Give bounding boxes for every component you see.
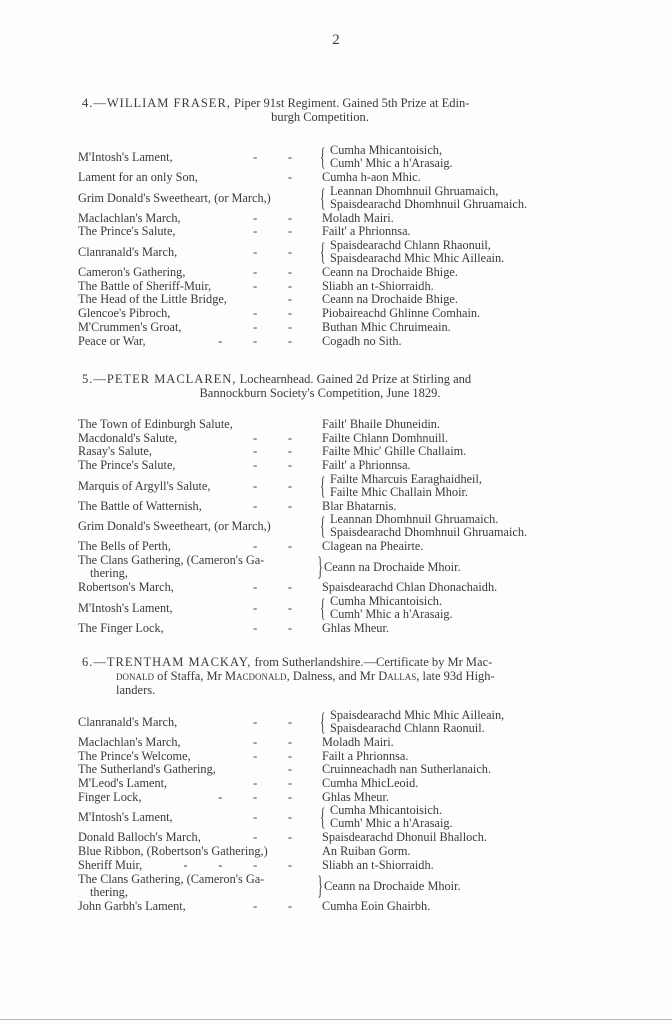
tune-english-name: M'Intosh's Lament,- - — [78, 595, 322, 622]
english-title: The Town of Edinburgh Salute, — [78, 417, 233, 431]
gaelic-title: Ceann na Drochaide Mhoir. — [324, 554, 578, 581]
leader-dashes: - - — [253, 144, 292, 171]
tune-gaelic-name: Failt' a Phrionnsa. — [322, 459, 578, 473]
gaelic-title: Spaisdearachd Chlan Dhonachaidh. — [322, 581, 578, 595]
tune-gaelic-name: Failte Mhic' Ghille Challaim. — [322, 445, 578, 459]
leader-dashes: - - — [253, 239, 292, 266]
left-brace-icon: { — [320, 805, 325, 830]
english-title: M'Intosh's Lament, — [78, 150, 173, 164]
tune-english-name: Maclachlan's March,- - — [78, 736, 322, 750]
gaelic-title: Clagean na Pheairte. — [322, 540, 578, 554]
tune-list-5: The Town of Edinburgh Salute,Failt' Bhai… — [78, 418, 578, 636]
tune-row: The Prince's Salute,- -Failt' a Phrionns… — [78, 225, 578, 239]
text-fragment: of Staffa, Mr — [154, 669, 225, 683]
english-title: Robertson's March, — [78, 580, 174, 594]
leader-dashes: - - — [253, 459, 292, 473]
english-title-cont: thering, — [78, 567, 322, 580]
competitor-details-cont: burgh Competition. — [82, 110, 558, 124]
leader-dashes: - - - — [218, 335, 292, 349]
tune-gaelic-name: Cumha h-aon Mhic. — [322, 171, 578, 185]
tune-row: John Garbh's Lament,- -Cumha Eoin Ghairb… — [78, 900, 578, 914]
english-title: The Battle of Sheriff-Muir, — [78, 279, 211, 293]
leader-dashes: - - — [253, 225, 292, 239]
leader-dashes: - - — [253, 432, 292, 446]
leader-dashes: - — [288, 293, 292, 307]
tune-english-name: Sheriff Muir,- - - - — [78, 859, 322, 873]
english-title: Glencoe's Pibroch, — [78, 306, 170, 320]
tune-row: Sheriff Muir,- - - -Sliabh an t-Shiorrai… — [78, 859, 578, 873]
competitor-details: from Sutherlandshire.—Certificate by Mr … — [251, 655, 492, 669]
tune-gaelic-name: Moladh Mairi. — [322, 212, 578, 226]
english-title: Rasay's Salute, — [78, 444, 152, 458]
english-title: Cameron's Gathering, — [78, 265, 185, 279]
tune-english-name: Grim Donald's Sweetheart, (or March,) — [78, 513, 322, 540]
tune-row: Peace or War,- - -Cogadh no Sith. — [78, 335, 578, 349]
english-title: Peace or War, — [78, 334, 146, 348]
tune-list-4: M'Intosh's Lament,- -{Cumha Mhicantoisic… — [78, 144, 578, 348]
competitor-details: Piper 91st Regiment. Gained 5th Prize at… — [231, 96, 470, 110]
english-title: Grim Donald's Sweetheart, (or March,) — [78, 191, 271, 205]
english-title: Finger Lock, — [78, 790, 142, 804]
english-title: The Bells of Perth, — [78, 539, 171, 553]
text-fragment: , late 93d High- — [416, 669, 494, 683]
gaelic-title: Cumh' Mhic a h'Arasaig. — [330, 157, 578, 170]
gaelic-title: Buthan Mhic Chruimeain. — [322, 321, 578, 335]
tune-row: The Head of the Little Bridge,-Ceann na … — [78, 293, 578, 307]
left-brace-icon: { — [320, 186, 325, 211]
leader-dashes: - - — [253, 445, 292, 459]
gaelic-title: Cumh' Mhic a h'Arasaig. — [330, 817, 578, 830]
tune-english-name: The Clans Gathering, (Cameron's Ga-theri… — [78, 554, 322, 581]
english-title: The Battle of Watternish, — [78, 499, 202, 513]
gaelic-title: Spaisdearachd Dhomhnuil Ghruamaich. — [330, 526, 578, 539]
english-title: Blue Ribbon, (Robertson's Gathering,) — [78, 844, 268, 858]
gaelic-title: Failt a Phrionnsa. — [322, 750, 578, 764]
tune-english-name: M'Leod's Lament,- - — [78, 777, 322, 791]
tune-gaelic-name: {Spaisdearachd Chlann Rhaonuil,Spaisdear… — [322, 239, 578, 266]
gaelic-title: Cumha Eoin Ghairbh. — [322, 900, 578, 914]
tune-english-name: Maclachlan's March,- - — [78, 212, 322, 226]
tune-english-name: Robertson's March,- - — [78, 581, 322, 595]
leader-dashes: - — [288, 171, 292, 185]
right-brace-icon: } — [317, 554, 323, 580]
gaelic-title: Sliabh an t-Shiorraidh. — [322, 280, 578, 294]
tune-gaelic-name: Failt' Bhaile Dhuneidin. — [322, 418, 578, 432]
gaelic-title: Failte Mharcuis Earaghaidheil, — [330, 473, 578, 486]
tune-english-name: The Prince's Salute,- - — [78, 459, 322, 473]
page-number: 2 — [0, 32, 672, 49]
leader-dashes: - - - — [218, 791, 292, 805]
gaelic-title: Piobaireachd Ghlinne Comhain. — [322, 307, 578, 321]
tune-gaelic-name: {Spaisdearachd Mhic Mhic Ailleain,Spaisd… — [322, 709, 578, 736]
tune-english-name: Lament for an only Son,- — [78, 171, 322, 185]
text-fragment: , Dalness, and Mr — [287, 669, 379, 683]
tune-row: Grim Donald's Sweetheart, (or March,){Le… — [78, 513, 578, 540]
english-title: The Clans Gathering, (Cameron's Ga- — [78, 872, 264, 886]
tune-list-6: Clanranald's March,- -{Spaisdearachd Mhi… — [78, 709, 578, 913]
tune-english-name: Grim Donald's Sweetheart, (or March,) — [78, 185, 322, 212]
left-brace-icon: { — [320, 145, 325, 170]
tune-row: Maclachlan's March,- -Moladh Mairi. — [78, 212, 578, 226]
leader-dashes: - - — [253, 595, 292, 622]
gaelic-title: Failt' a Phrionnsa. — [322, 459, 578, 473]
tune-row: The Battle of Sheriff-Muir,- -Sliabh an … — [78, 280, 578, 294]
english-title: Clanranald's March, — [78, 245, 177, 259]
leader-dashes: - — [288, 763, 292, 777]
tune-gaelic-name: Ghlas Mheur. — [322, 622, 578, 636]
tune-gaelic-name: Failt' a Phrionnsa. — [322, 225, 578, 239]
gaelic-title: Cumh' Mhic a h'Arasaig. — [330, 608, 578, 621]
text-fragment: Macdonald — [225, 669, 287, 683]
leader-dashes: - - — [253, 900, 292, 914]
tune-gaelic-name: {Cumha Mhicantoisich,Cumh' Mhic a h'Aras… — [322, 144, 578, 171]
english-title: The Prince's Salute, — [78, 458, 176, 472]
english-title: The Prince's Welcome, — [78, 749, 191, 763]
english-title: The Sutherland's Gathering, — [78, 762, 216, 776]
leader-dashes: - - — [253, 736, 292, 750]
tune-english-name: The Finger Lock,- - — [78, 622, 322, 636]
gaelic-title: Spaisdearachd Dhomhnuil Ghruamaich. — [330, 198, 578, 211]
tune-gaelic-name: {Leannan Dhomhnuil Ghruamaich,Spaisdeara… — [322, 185, 578, 212]
gaelic-title: Sliabh an t-Shiorraidh. — [322, 859, 578, 873]
gaelic-title: Cumha MhicLeoid. — [322, 777, 578, 791]
gaelic-title: Cogadh no Sith. — [322, 335, 578, 349]
entry-heading-4: 4.—WILLIAM FRASER, Piper 91st Regiment. … — [82, 96, 558, 124]
left-brace-icon: { — [320, 240, 325, 265]
tune-gaelic-name: Sliabh an t-Shiorraidh. — [322, 280, 578, 294]
english-title: Macdonald's Salute, — [78, 431, 177, 445]
english-title: Lament for an only Son, — [78, 170, 198, 184]
tune-row: The Battle of Watternish,- -Blar Bhatarn… — [78, 500, 578, 514]
leader-dashes: - - — [253, 540, 292, 554]
tune-gaelic-name: Moladh Mairi. — [322, 736, 578, 750]
english-title: Marquis of Argyll's Salute, — [78, 479, 210, 493]
leader-dashes: - - - - — [183, 859, 292, 873]
tune-row: Grim Donald's Sweetheart, (or March,){Le… — [78, 185, 578, 212]
tune-row: The Finger Lock,- -Ghlas Mheur. — [78, 622, 578, 636]
gaelic-title: Spaisdearachd Mhic Mhic Ailleain. — [330, 252, 578, 265]
tune-row: M'Crummen's Groat,- -Buthan Mhic Chruime… — [78, 321, 578, 335]
english-title: M'Leod's Lament, — [78, 776, 167, 790]
tune-english-name: John Garbh's Lament,- - — [78, 900, 322, 914]
competitor-details-cont: Bannockburn Society's Competition, June … — [82, 386, 558, 400]
right-brace-icon: } — [317, 873, 323, 899]
leader-dashes: - - — [253, 212, 292, 226]
entry-heading-5: 5.—PETER MACLAREN, Lochearnhead. Gained … — [82, 372, 558, 400]
leader-dashes: - - — [253, 709, 292, 736]
tune-row: Finger Lock,- - -Ghlas Mheur. — [78, 791, 578, 805]
left-brace-icon: { — [320, 474, 325, 499]
tune-row: The Clans Gathering, (Cameron's Ga-theri… — [78, 873, 578, 900]
tune-english-name: The Bells of Perth,- - — [78, 540, 322, 554]
tune-english-name: M'Intosh's Lament,- - — [78, 144, 322, 171]
gaelic-title: Moladh Mairi. — [322, 736, 578, 750]
tune-english-name: Cameron's Gathering,- - — [78, 266, 322, 280]
competitor-name: 5.—PETER MACLAREN, — [82, 372, 236, 386]
tune-gaelic-name: Blar Bhatarnis. — [322, 500, 578, 514]
tune-gaelic-name: Piobaireachd Ghlinne Comhain. — [322, 307, 578, 321]
english-title: Donald Balloch's March, — [78, 830, 201, 844]
gaelic-title: An Ruiban Gorm. — [322, 845, 578, 859]
english-title: Maclachlan's March, — [78, 735, 181, 749]
tune-english-name: Clanranald's March,- - — [78, 239, 322, 266]
gaelic-title: Ceann na Drochaide Mhoir. — [324, 873, 578, 900]
gaelic-title: Failt' Bhaile Dhuneidin. — [322, 418, 578, 432]
tune-english-name: The Clans Gathering, (Cameron's Ga-theri… — [78, 873, 322, 900]
competitor-details-cont2: landers. — [82, 683, 558, 697]
gaelic-title: Moladh Mairi. — [322, 212, 578, 226]
tune-english-name: The Prince's Salute,- - — [78, 225, 322, 239]
english-title: The Clans Gathering, (Cameron's Ga- — [78, 553, 264, 567]
gaelic-title: Ceann na Drochaide Bhige. — [322, 266, 578, 280]
tune-english-name: Peace or War,- - - — [78, 335, 322, 349]
english-title: John Garbh's Lament, — [78, 899, 186, 913]
tune-english-name: Glencoe's Pibroch,- - — [78, 307, 322, 321]
tune-gaelic-name: Ceann na Drochaide Mhoir. — [322, 873, 578, 900]
tune-english-name: The Head of the Little Bridge,- — [78, 293, 322, 307]
tune-row: Maclachlan's March,- -Moladh Mairi. — [78, 736, 578, 750]
leader-dashes: - - — [253, 750, 292, 764]
tune-english-name: Marquis of Argyll's Salute,- - — [78, 473, 322, 500]
tune-gaelic-name: {Cumha Mhicantoisich.Cumh' Mhic a h'Aras… — [322, 595, 578, 622]
leader-dashes: - - — [253, 321, 292, 335]
page-edge-rule — [0, 1019, 672, 1020]
english-title: Clanranald's March, — [78, 715, 177, 729]
gaelic-title: Leannan Dhomhnuil Ghruamaich, — [330, 185, 578, 198]
tune-gaelic-name: Ghlas Mheur. — [322, 791, 578, 805]
tune-english-name: Donald Balloch's March,- - — [78, 831, 322, 845]
gaelic-title: Cruinneachadh nan Sutherlanaich. — [322, 763, 578, 777]
tune-row: The Prince's Salute,- -Failt' a Phrionns… — [78, 459, 578, 473]
leader-dashes: - - — [253, 831, 292, 845]
left-brace-icon: { — [320, 596, 325, 621]
tune-gaelic-name: {Failte Mharcuis Earaghaidheil,Failte Mh… — [322, 473, 578, 500]
tune-row: Robertson's March,- -Spaisdearachd Chlan… — [78, 581, 578, 595]
leader-dashes: - - — [253, 473, 292, 500]
tune-row: M'Intosh's Lament,- -{Cumha Mhicantoisic… — [78, 595, 578, 622]
gaelic-title: Blar Bhatarnis. — [322, 500, 578, 514]
tune-row: The Bells of Perth,- -Clagean na Pheairt… — [78, 540, 578, 554]
competitor-name: 6.—TRENTHAM MACKAY, — [82, 655, 251, 669]
leader-dashes: - - — [253, 307, 292, 321]
tune-gaelic-name: Cogadh no Sith. — [322, 335, 578, 349]
tune-gaelic-name: An Ruiban Gorm. — [322, 845, 578, 859]
tune-english-name: The Battle of Watternish,- - — [78, 500, 322, 514]
competitor-details-cont: donald of Staffa, Mr Macdonald, Dalness,… — [82, 669, 558, 683]
tune-row: Clanranald's March,- -{Spaisdearachd Chl… — [78, 239, 578, 266]
tune-english-name: Blue Ribbon, (Robertson's Gathering,) — [78, 845, 322, 859]
tune-gaelic-name: Clagean na Pheairte. — [322, 540, 578, 554]
english-title: Maclachlan's March, — [78, 211, 181, 225]
tune-gaelic-name: Cumha Eoin Ghairbh. — [322, 900, 578, 914]
entry-heading-6: 6.—TRENTHAM MACKAY, from Sutherlandshire… — [82, 655, 558, 697]
english-title: The Prince's Salute, — [78, 224, 176, 238]
leader-dashes: - - — [253, 581, 292, 595]
left-brace-icon: { — [320, 710, 325, 735]
tune-gaelic-name: Ceann na Drochaide Bhige. — [322, 266, 578, 280]
tune-english-name: The Sutherland's Gathering,- — [78, 763, 322, 777]
gaelic-title: Cumha h-aon Mhic. — [322, 171, 578, 185]
tune-english-name: Finger Lock,- - - — [78, 791, 322, 805]
tune-gaelic-name: Cumha MhicLeoid. — [322, 777, 578, 791]
tune-gaelic-name: Spaisdearachd Chlan Dhonachaidh. — [322, 581, 578, 595]
english-title: The Head of the Little Bridge, — [78, 292, 227, 306]
tune-row: Donald Balloch's March,- -Spaisdearachd … — [78, 831, 578, 845]
leader-dashes: - - — [253, 280, 292, 294]
tune-gaelic-name: Ceann na Drochaide Bhige. — [322, 293, 578, 307]
text-fragment: donald — [116, 669, 154, 683]
english-title: Grim Donald's Sweetheart, (or March,) — [78, 519, 271, 533]
english-title: M'Crummen's Groat, — [78, 320, 181, 334]
leader-dashes: - - — [253, 266, 292, 280]
tune-row: Macdonald's Salute,- -Failte Chlann Domh… — [78, 432, 578, 446]
left-brace-icon: { — [320, 514, 325, 539]
tune-row: M'Leod's Lament,- -Cumha MhicLeoid. — [78, 777, 578, 791]
tune-gaelic-name: Ceann na Drochaide Mhoir. — [322, 554, 578, 581]
tune-gaelic-name: Spaisdearachd Dhonuil Bhalloch. — [322, 831, 578, 845]
tune-english-name: The Battle of Sheriff-Muir,- - — [78, 280, 322, 294]
gaelic-title: Failte Mhic Challain Mhoir. — [330, 486, 578, 499]
tune-gaelic-name: Sliabh an t-Shiorraidh. — [322, 859, 578, 873]
tune-english-name: Clanranald's March,- - — [78, 709, 322, 736]
gaelic-title: Ghlas Mheur. — [322, 622, 578, 636]
gaelic-title: Failte Mhic' Ghille Challaim. — [322, 445, 578, 459]
tune-row: Marquis of Argyll's Salute,- -{Failte Mh… — [78, 473, 578, 500]
tune-english-name: M'Intosh's Lament,- - — [78, 804, 322, 831]
leader-dashes: - - — [253, 804, 292, 831]
tune-english-name: The Prince's Welcome,- - — [78, 750, 322, 764]
english-title: The Finger Lock, — [78, 621, 164, 635]
gaelic-title: Failt' a Phrionnsa. — [322, 225, 578, 239]
gaelic-title: Ceann na Drochaide Bhige. — [322, 293, 578, 307]
tune-gaelic-name: Buthan Mhic Chruimeain. — [322, 321, 578, 335]
tune-gaelic-name: Cruinneachadh nan Sutherlanaich. — [322, 763, 578, 777]
competitor-details: Lochearnhead. Gained 2d Prize at Stirlin… — [236, 372, 471, 386]
tune-english-name: M'Crummen's Groat,- - — [78, 321, 322, 335]
tune-row: Blue Ribbon, (Robertson's Gathering,)An … — [78, 845, 578, 859]
tune-row: The Town of Edinburgh Salute,Failt' Bhai… — [78, 418, 578, 432]
tune-row: M'Intosh's Lament,- -{Cumha Mhicantoisic… — [78, 144, 578, 171]
competitor-name: 4.—WILLIAM FRASER, — [82, 96, 231, 110]
tune-english-name: Macdonald's Salute,- - — [78, 432, 322, 446]
tune-row: Rasay's Salute,- -Failte Mhic' Ghille Ch… — [78, 445, 578, 459]
tune-gaelic-name: {Cumha Mhicantoisich.Cumh' Mhic a h'Aras… — [322, 804, 578, 831]
english-title-cont: thering, — [78, 886, 322, 899]
leader-dashes: - - — [253, 777, 292, 791]
tune-english-name: The Town of Edinburgh Salute, — [78, 418, 322, 432]
gaelic-title: Spaisdearachd Chlann Raonuil. — [330, 722, 578, 735]
tune-row: The Clans Gathering, (Cameron's Ga-theri… — [78, 554, 578, 581]
tune-row: Lament for an only Son,-Cumha h-aon Mhic… — [78, 171, 578, 185]
english-title: Sheriff Muir, — [78, 858, 142, 872]
gaelic-title: Spaisdearachd Dhonuil Bhalloch. — [322, 831, 578, 845]
gaelic-title: Ghlas Mheur. — [322, 791, 578, 805]
text-fragment: Dallas — [378, 669, 416, 683]
leader-dashes: - - — [253, 500, 292, 514]
tune-row: The Sutherland's Gathering,-Cruinneachad… — [78, 763, 578, 777]
leader-dashes: - - — [253, 622, 292, 636]
tune-row: Cameron's Gathering,- -Ceann na Drochaid… — [78, 266, 578, 280]
english-title: M'Intosh's Lament, — [78, 810, 173, 824]
gaelic-title: Cumha Mhicantoisich. — [330, 595, 578, 608]
gaelic-title: Failte Chlann Domhnuill. — [322, 432, 578, 446]
tune-row: Clanranald's March,- -{Spaisdearachd Mhi… — [78, 709, 578, 736]
english-title: M'Intosh's Lament, — [78, 601, 173, 615]
tune-gaelic-name: Failte Chlann Domhnuill. — [322, 432, 578, 446]
tune-row: The Prince's Welcome,- -Failt a Phrionns… — [78, 750, 578, 764]
tune-english-name: Rasay's Salute,- - — [78, 445, 322, 459]
tune-row: M'Intosh's Lament,- -{Cumha Mhicantoisic… — [78, 804, 578, 831]
tune-row: Glencoe's Pibroch,- -Piobaireachd Ghlinn… — [78, 307, 578, 321]
tune-gaelic-name: {Leannan Dhomhnuil Ghruamaich.Spaisdeara… — [322, 513, 578, 540]
tune-gaelic-name: Failt a Phrionnsa. — [322, 750, 578, 764]
